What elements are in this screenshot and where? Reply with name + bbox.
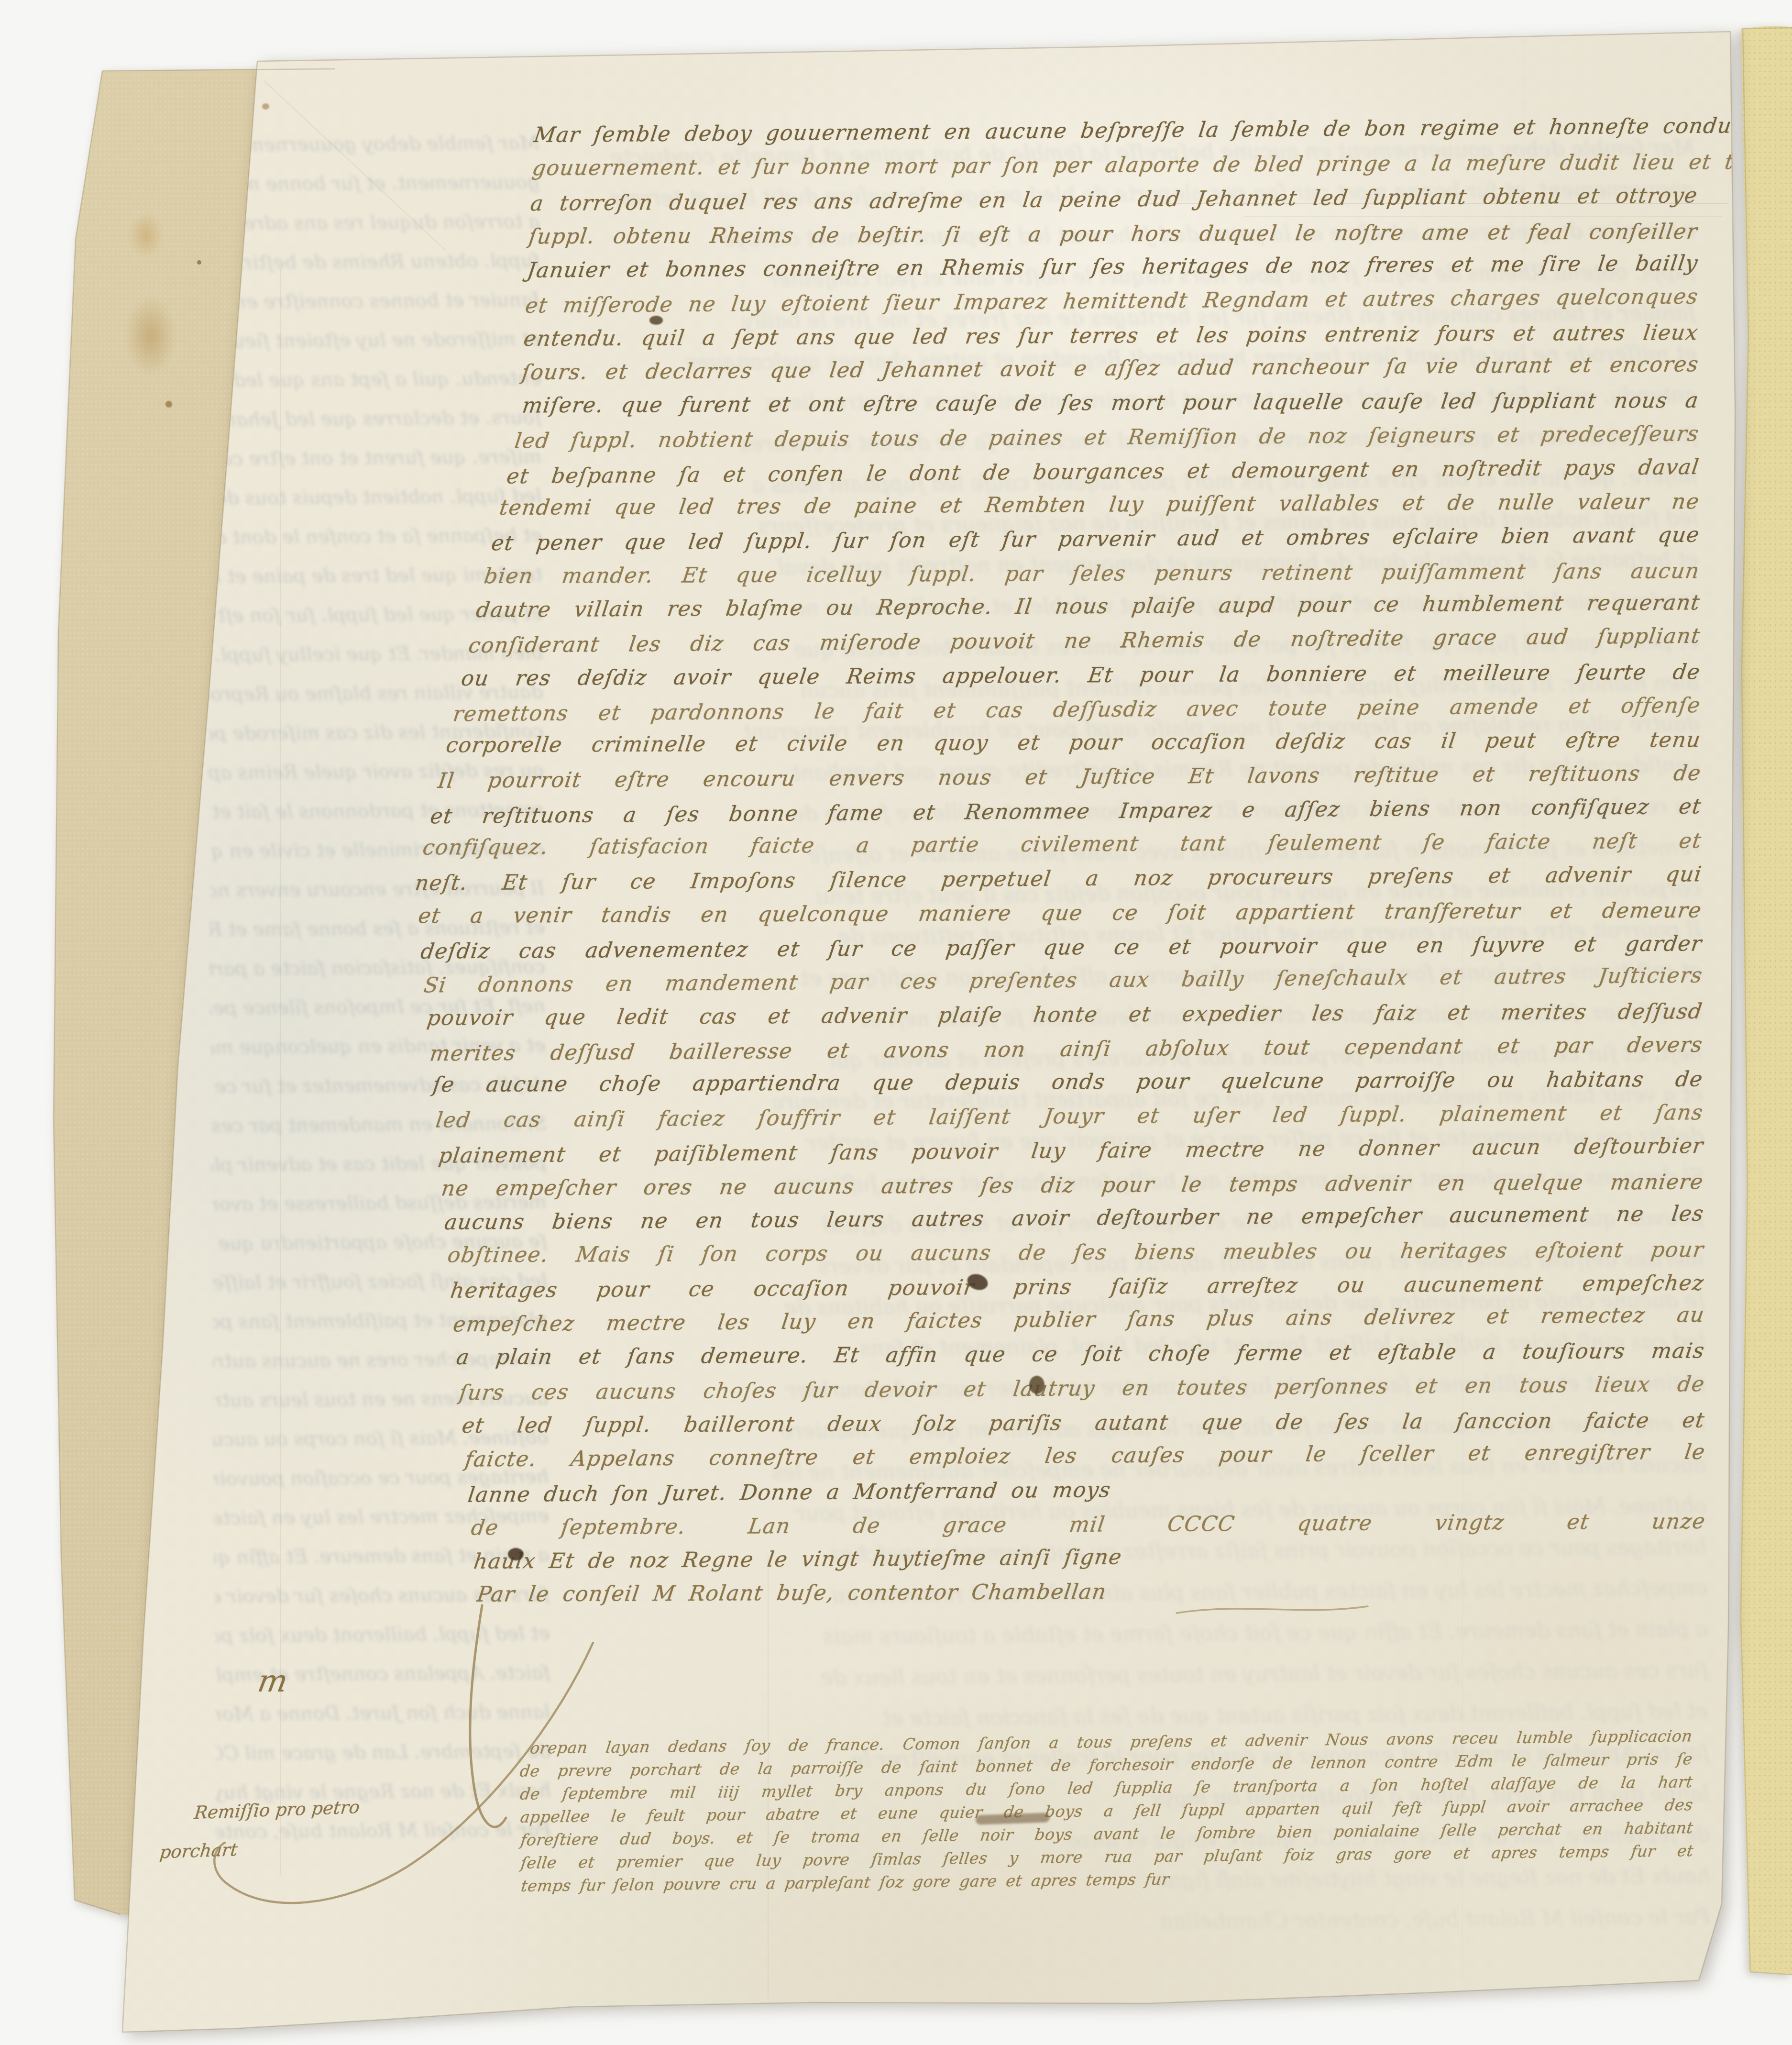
parchment-page: Mar ſemble deboy gouuernement en aucune … [0, 0, 1792, 2045]
quire-mark: m [255, 1664, 290, 1699]
manuscript-line: Par le conſeil M Rolant buſe, contentor … [418, 1572, 1708, 1612]
main-text-block: Mar ſemble deboy gouuernement en aucune … [410, 111, 1706, 1613]
stain [262, 103, 269, 110]
showthrough-line: et led ſuppl. bailleront deux ſolz pariſ… [215, 1614, 550, 1656]
showthrough-line: ſurs ces aucuns choſes ſur devoir et lau… [292, 1650, 1708, 1703]
showthrough-line: de ſeptembre. Lan de grace mil CCCC quat… [216, 1732, 551, 1773]
showthrough-line: Par le conſeil M Rolant buſe, contentor … [295, 1897, 1711, 1950]
parchment-page-wrap: Mar ſemble deboy gouuernement en aucune … [0, 0, 1792, 2045]
fold-crease-vertical [280, 268, 281, 1875]
manuscript-line: obſtinee. Mais ſi ſon corps ou aucuns de… [415, 1233, 1706, 1272]
margin-note: Remiſſio pro petro porchart [158, 1785, 453, 1872]
manuscript-line: miſere. que furent et ont eſtre cauſe de… [410, 384, 1701, 423]
manuscript-line: et a venir tandis en quelconque maniere … [413, 894, 1704, 933]
manuscript-line: corporelle criminelle et civile en quoy … [412, 723, 1703, 763]
showthrough-line: a plain et ſans demeure. Et affin que ce… [292, 1609, 1708, 1662]
manuscript-line: ſe aucune choſe appartiendra que depuis … [415, 1062, 1705, 1102]
registration-note-block: orepan layan dedans ſoy de france. Comon… [519, 1724, 1693, 1898]
manuscript-photo: Mar ſemble deboy gouuernement en aucune … [0, 0, 1792, 2045]
